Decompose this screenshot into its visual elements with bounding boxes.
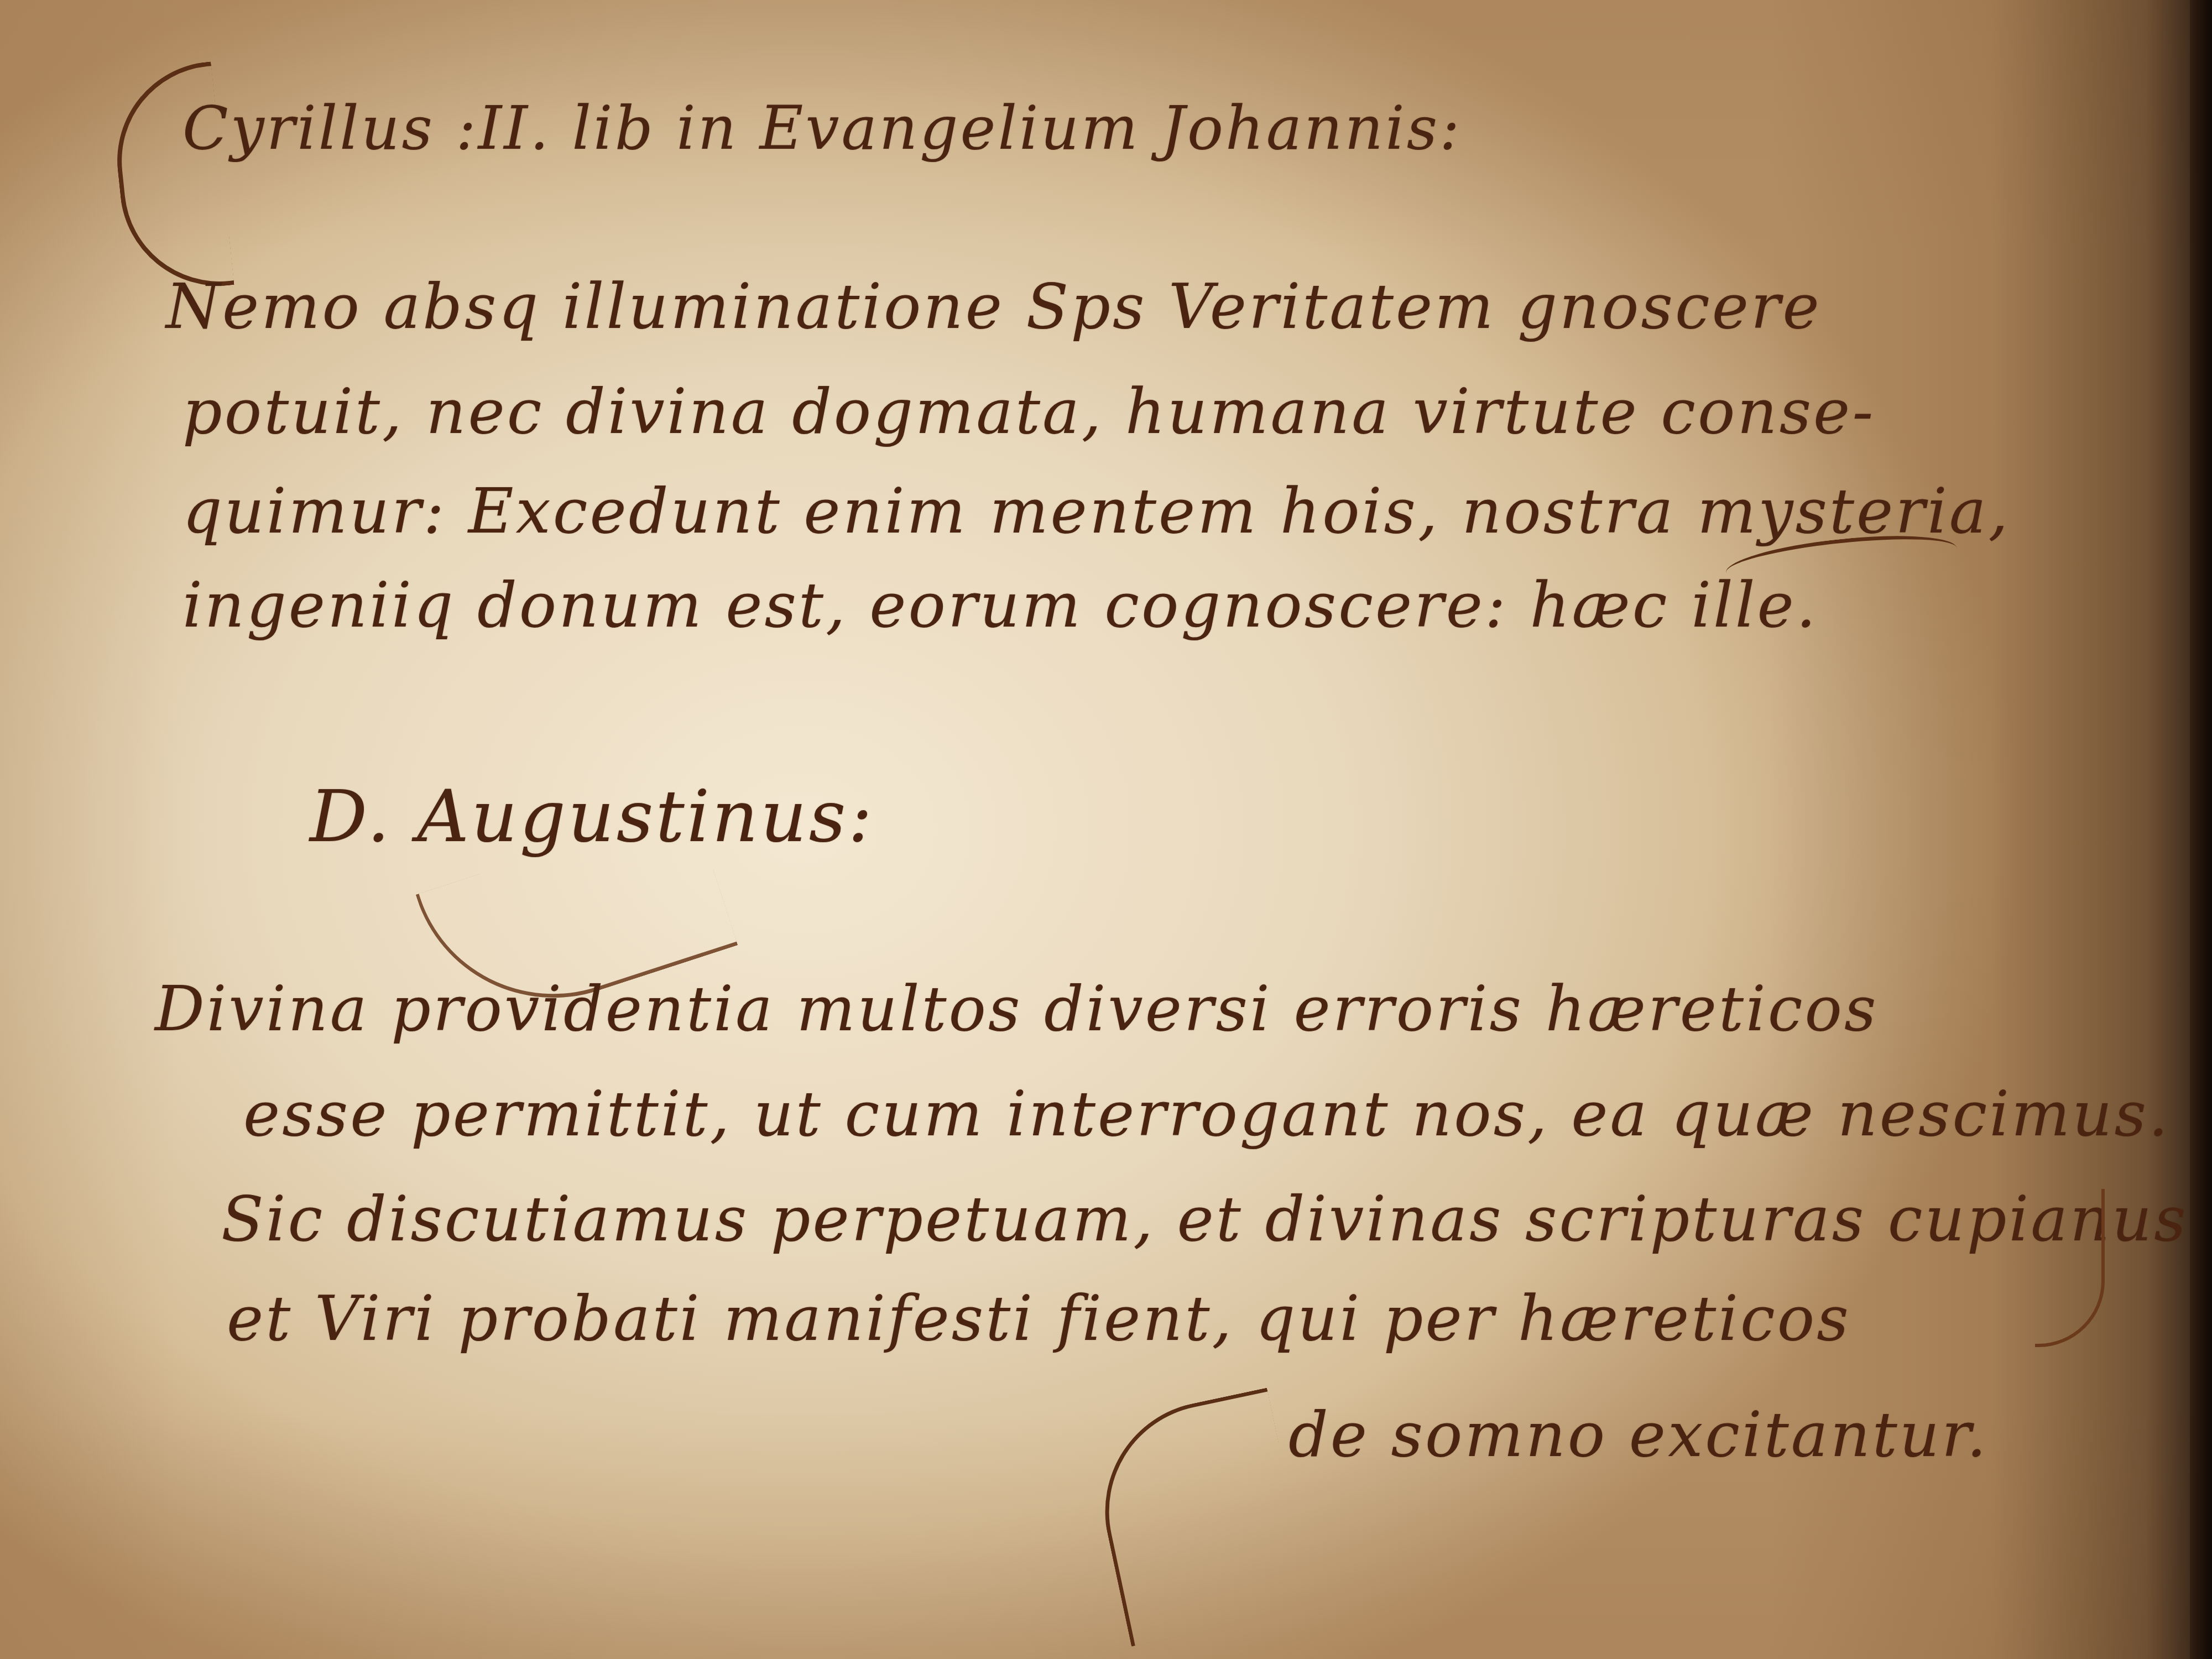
decorative-swash-c: [1084, 1387, 1313, 1646]
section-heading-cyrillus: Cyrillus :II. lib in Evangelium Johannis…: [182, 94, 1462, 163]
text-line: quimur: Excedunt enim mentem hois, nostr…: [182, 476, 2010, 547]
binding-shadow: [2190, 0, 2212, 1659]
text-line: Sic discutiamus perpetuam, et divinas sc…: [221, 1183, 2188, 1255]
text-line: potuit, nec divina dogmata, humana virtu…: [182, 376, 1875, 448]
text-line: Divina providentia multos diversi errori…: [155, 973, 1878, 1045]
text-line: ingeniiq donum est, eorum cognoscere: hæ…: [182, 570, 1818, 641]
manuscript-page: Cyrillus :II. lib in Evangelium Johannis…: [0, 0, 2212, 1659]
text-line: et Viri probati manifesti fient, qui per…: [227, 1283, 1851, 1355]
text-line: de somno excitantur.: [1288, 1399, 1989, 1471]
text-line: esse permittit, ut cum interrogant nos, …: [243, 1078, 2171, 1150]
pen-flourish: [2035, 1189, 2105, 1347]
text-line: Nemo absq illuminatione Sps Veritatem gn…: [166, 271, 1822, 343]
